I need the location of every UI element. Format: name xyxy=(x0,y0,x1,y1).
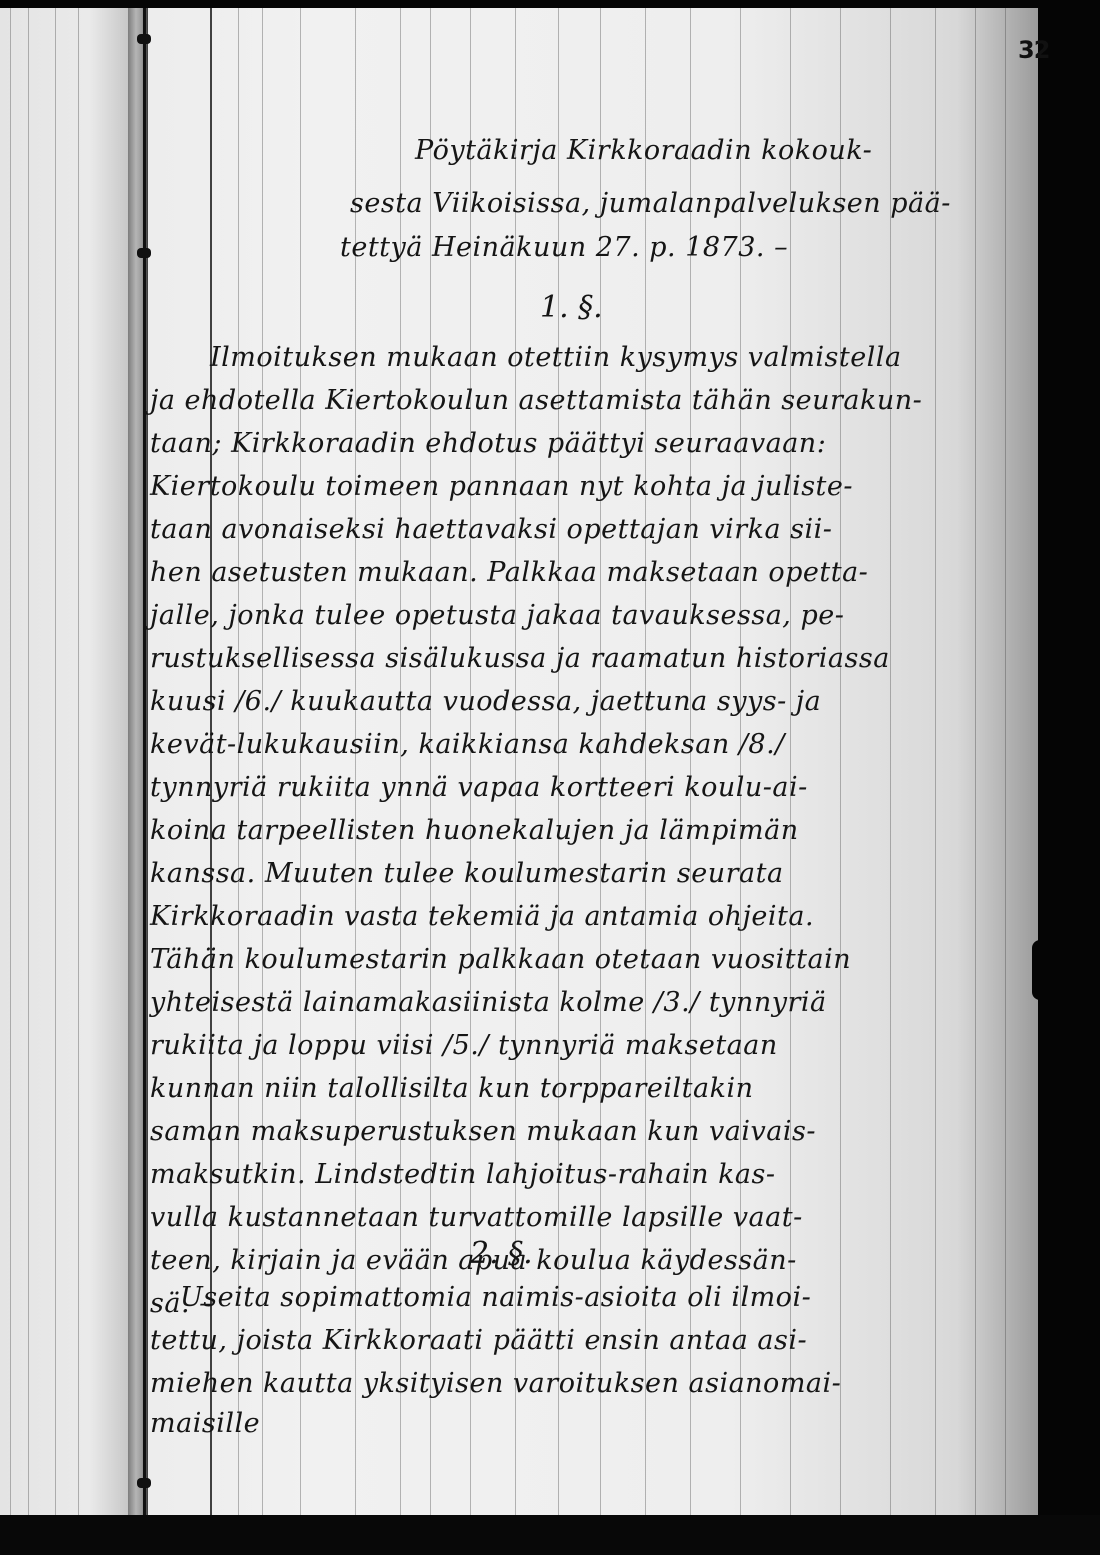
paragraph-line: tettu, joista Kirkkoraati päätti ensin a… xyxy=(150,1325,807,1356)
ruled-line xyxy=(28,6,29,1543)
ruled-line xyxy=(890,6,891,1543)
ruled-line xyxy=(78,6,79,1543)
section-mark-1: 1. §. xyxy=(540,290,603,325)
ruled-line xyxy=(975,6,976,1543)
title-line: tettyä Heinäkuun 27. p. 1873. – xyxy=(340,232,788,263)
binding-thread xyxy=(143,6,146,1543)
scan-border-right xyxy=(1038,0,1100,1555)
paragraph-line: kanssa. Muuten tulee koulumestarin seura… xyxy=(150,858,784,889)
scan-border-top xyxy=(0,0,1100,8)
paragraph-line: saman maksuperustuksen mukaan kun vaivai… xyxy=(150,1116,816,1147)
section-mark-2: 2. §. xyxy=(470,1236,533,1271)
paragraph-line: taan; Kirkkoraadin ehdotus päättyi seura… xyxy=(150,428,826,459)
paragraph-line: rustuksellisessa sisälukussa ja raamatun… xyxy=(150,643,890,674)
paragraph-line: Tähän koulumestarin palkkaan otetaan vuo… xyxy=(150,944,851,975)
paragraph-line: maisille xyxy=(150,1408,260,1439)
paragraph-line: miehen kautta yksityisen varoituksen asi… xyxy=(150,1368,841,1399)
paragraph-line: Ilmoituksen mukaan otettiin kysymys valm… xyxy=(210,342,902,373)
ruled-line xyxy=(840,6,841,1543)
page-clip xyxy=(1032,940,1060,1000)
binding-knot xyxy=(137,248,151,258)
paragraph-line: jalle, jonka tulee opetusta jakaa tavauk… xyxy=(150,600,844,631)
paragraph-line: rukiita ja loppu viisi /5./ tynnyriä mak… xyxy=(150,1030,778,1061)
ruled-line xyxy=(1005,6,1006,1543)
paragraph-line: tynnyriä rukiita ynnä vapaa kortteeri ko… xyxy=(150,772,808,803)
ruled-line xyxy=(55,6,56,1543)
ruled-line xyxy=(10,6,11,1543)
ruled-line xyxy=(935,6,936,1543)
binding-knot xyxy=(137,34,151,44)
paragraph-line: taan avonaiseksi haettavaksi opettajan v… xyxy=(150,514,832,545)
page-number: 32 xyxy=(1018,36,1049,64)
title-line: Pöytäkirja Kirkkoraadin kokouk- xyxy=(415,135,872,166)
paragraph-line: Kiertokoulu toimeen pannaan nyt kohta ja… xyxy=(150,471,853,502)
paragraph-line: Kirkkoraadin vasta tekemiä ja antamia oh… xyxy=(150,901,814,932)
paragraph-line: ja ehdotella Kiertokoulun asettamista tä… xyxy=(150,385,922,416)
paragraph-line: koina tarpeellisten huonekalujen ja lämp… xyxy=(150,815,799,846)
scan-border-bottom xyxy=(0,1515,1100,1555)
paragraph-line: yhteisestä lainamakasiinista kolme /3./ … xyxy=(150,987,827,1018)
paragraph-line: maksutkin. Lindstedtin lahjoitus-rahain … xyxy=(150,1159,776,1190)
paragraph-line: kunnan niin talollisilta kun torppareilt… xyxy=(150,1073,754,1104)
paragraph-line: Useita sopimattomia naimis-asioita oli i… xyxy=(180,1282,811,1313)
paragraph-line: kevät-lukukausiin, kaikkiansa kahdeksan … xyxy=(150,729,785,760)
title-line: sesta Viikoisissa, jumalanpalveluksen pä… xyxy=(350,188,951,219)
previous-page-edge xyxy=(0,6,128,1543)
paragraph-line: vulla kustannetaan turvattomille lapsill… xyxy=(150,1202,803,1233)
paragraph-line: kuusi /6./ kuukautta vuodessa, jaettuna … xyxy=(150,686,821,717)
paragraph-line: hen asetusten mukaan. Palkkaa maksetaan … xyxy=(150,557,868,588)
binding-knot xyxy=(137,1478,151,1488)
